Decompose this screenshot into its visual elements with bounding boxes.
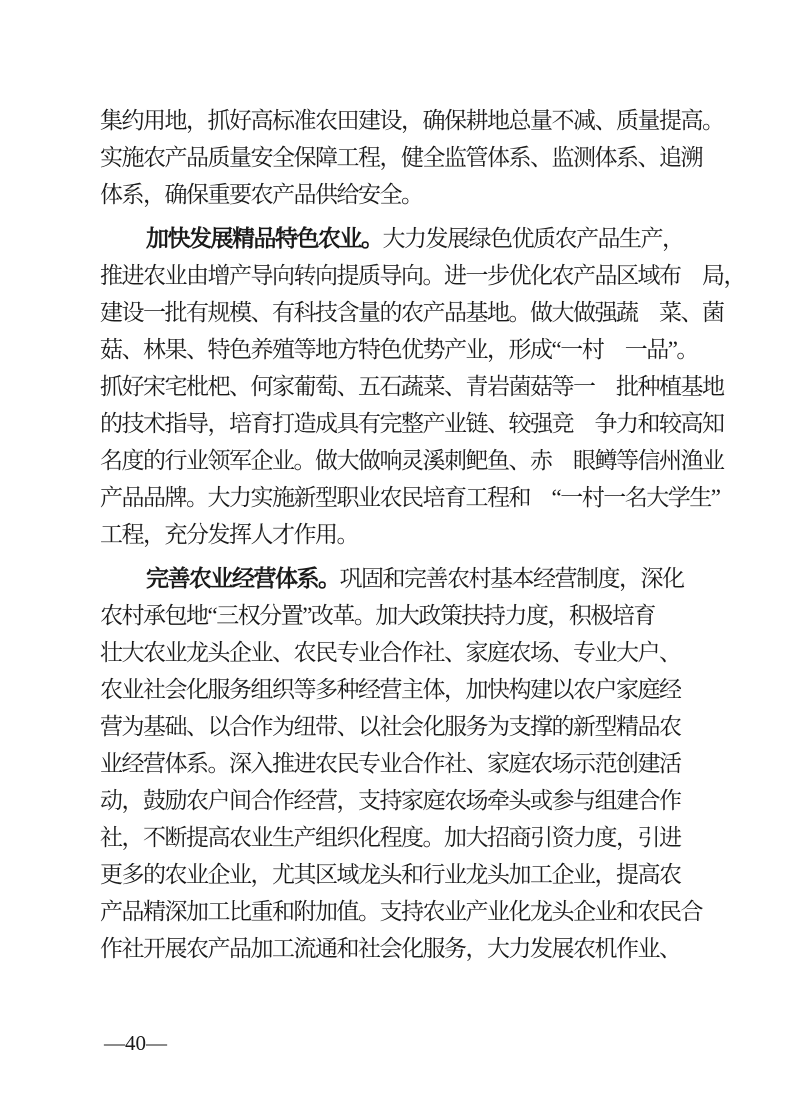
paragraph: 完善农业经营体系。巩固和完善农村基本经营制度，深化农村承包地“三权分置”改革。加…: [100, 560, 724, 967]
line-text: 巩固和完善农村基本经营制度，深化: [340, 566, 684, 591]
text-line: 产品品牌。大力实施新型职业农民培育工程和 “一村一名大学生”: [100, 479, 724, 516]
text-line: 集约用地，抓好高标准农田建设，确保耕地总量不减、质量提高。: [100, 102, 724, 139]
text-line: 推进农业由增产导向转向提质导向。进一步优化农产品区域布 局，: [100, 257, 724, 294]
document-text-block: 集约用地，抓好高标准农田建设，确保耕地总量不减、质量提高。实施农产品质量安全保障…: [100, 102, 724, 967]
text-line: 更多的农业企业，尤其区域龙头和行业龙头加工企业，提高农: [100, 856, 724, 893]
text-line: 动，鼓励农户间合作经营，支持家庭农场牵头或参与组建合作: [100, 782, 724, 819]
text-line: 抓好宋宅枇杷、何家葡萄、五石蔬菜、青岩菌菇等一 批种植基地: [100, 368, 724, 405]
text-line: 名度的行业领军企业。做大做响灵溪刺鲃鱼、赤 眼鳟等信州渔业: [100, 442, 724, 479]
text-line: 壮大农业龙头企业、农民专业合作社、家庭农场、专业大户、: [100, 634, 724, 671]
paragraph-lead: 完善农业经营体系。: [146, 565, 340, 591]
text-line: 体系，确保重要农产品供给安全。: [100, 176, 724, 213]
document-page: 集约用地，抓好高标准农田建设，确保耕地总量不减、质量提高。实施农产品质量安全保障…: [0, 0, 790, 1119]
text-line: 农业社会化服务组织等多种经营主体，加快构建以农户家庭经: [100, 671, 724, 708]
text-line: 建设一批有规模、有科技含量的农产品基地。做大做强蔬 菜、菌: [100, 294, 724, 331]
text-line: 营为基础、以合作为纽带、以社会化服务为支撑的新型精品农: [100, 708, 724, 745]
text-line: 实施农产品质量安全保障工程，健全监管体系、监测体系、追溯: [100, 139, 724, 176]
footer-page-number: —40—: [104, 1031, 167, 1056]
line-text: 大力发展绿色优质农产品生产，: [383, 226, 684, 251]
text-line: 作社开展农产品加工流通和社会化服务，大力发展农机作业、: [100, 930, 724, 967]
text-line: 完善农业经营体系。巩固和完善农村基本经营制度，深化: [100, 560, 724, 597]
paragraph: 加快发展精品特色农业。大力发展绿色优质农产品生产，推进农业由增产导向转向提质导向…: [100, 220, 724, 553]
text-line: 工程，充分发挥人才作用。: [100, 516, 724, 553]
text-line: 菇、林果、特色养殖等地方特色优势产业，形成“一村 一品”。: [100, 331, 724, 368]
text-line: 加快发展精品特色农业。大力发展绿色优质农产品生产，: [100, 220, 724, 257]
paragraph-lead: 加快发展精品特色农业。: [146, 225, 383, 251]
text-line: 产品精深加工比重和附加值。支持农业产业化龙头企业和农民合: [100, 893, 724, 930]
text-line: 社，不断提高农业生产组织化程度。加大招商引资力度，引进: [100, 819, 724, 856]
text-line: 业经营体系。深入推进农民专业合作社、家庭农场示范创建活: [100, 745, 724, 782]
text-line: 农村承包地“三权分置”改革。加大政策扶持力度，积极培育: [100, 597, 724, 634]
text-line: 的技术指导，培育打造成具有完整产业链、较强竞 争力和较高知: [100, 405, 724, 442]
paragraph: 集约用地，抓好高标准农田建设，确保耕地总量不减、质量提高。实施农产品质量安全保障…: [100, 102, 724, 213]
